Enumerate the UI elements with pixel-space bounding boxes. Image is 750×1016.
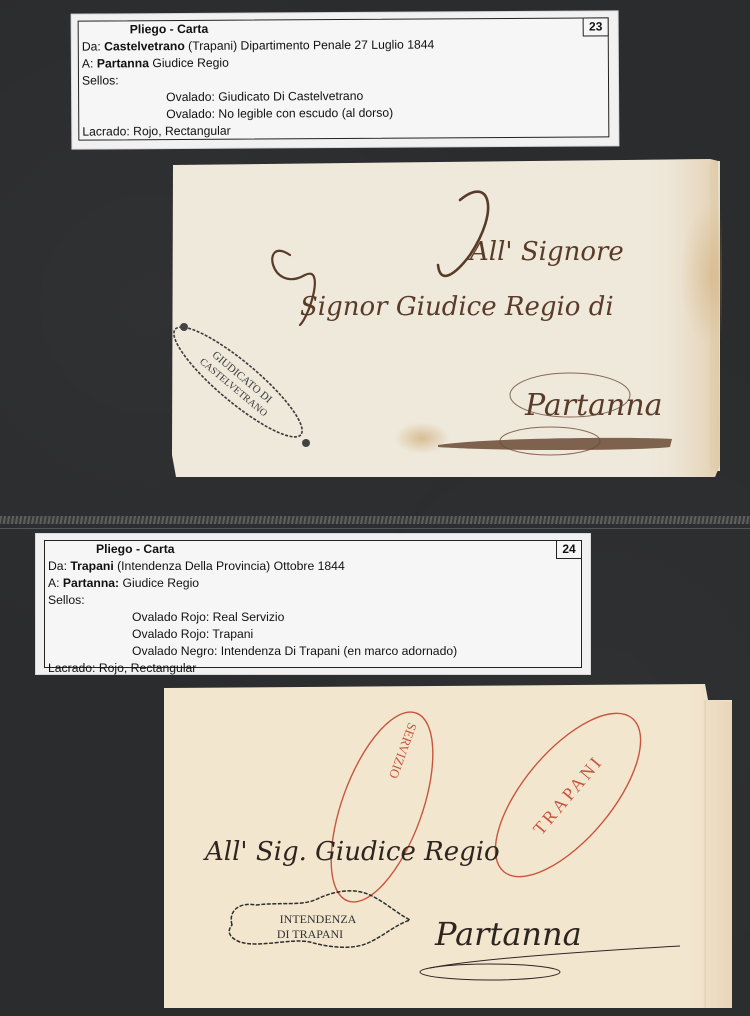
cover-24-image: SERVIZIO TRAPANI INTENDENZA DI TRAPANI A… xyxy=(160,680,735,1010)
seal-line: Lacrado: Rojo, Rectangular xyxy=(82,120,608,140)
seal-line: Lacrado: Rojo, Rectangular xyxy=(48,660,581,677)
address-line-1: All' Signore xyxy=(468,237,624,267)
address-line-3: Partanna xyxy=(524,388,663,423)
stamp-item: Ovalado Rojo: Trapani xyxy=(48,626,581,643)
album-page-divider-line xyxy=(0,528,750,529)
entry-number: 23 xyxy=(583,17,609,36)
stamps-heading: Sellos: xyxy=(48,592,581,609)
address-line-2: Partanna xyxy=(434,915,582,953)
cover-23-image: GIUDICATO DI CASTELVETRANO All' Signore … xyxy=(170,155,722,480)
svg-text:DI TRAPANI: DI TRAPANI xyxy=(277,927,343,941)
address-line-1: All' Sig. Giudice Regio xyxy=(203,837,500,867)
entry-title: Pliego - Carta xyxy=(48,541,581,558)
cover-23: GIUDICATO DI CASTELVETRANO All' Signore … xyxy=(170,155,722,480)
stamp-item: Ovalado Negro: Intendenza Di Trapani (en… xyxy=(48,643,581,660)
entry-number: 24 xyxy=(556,540,582,559)
from-line: Da: Trapani (Intendenza Della Provincia)… xyxy=(48,558,581,575)
description-label-24: 24 Pliego - Carta Da: Trapani (Intendenz… xyxy=(36,534,590,674)
address-line-2: Signor Giudice Regio di xyxy=(300,292,614,322)
cover-24: SERVIZIO TRAPANI INTENDENZA DI TRAPANI A… xyxy=(160,680,735,1010)
svg-text:INTENDENZA: INTENDENZA xyxy=(280,912,357,926)
stamp-item: Ovalado Rojo: Real Servizio xyxy=(48,609,581,626)
description-label-23: 23 Pliego - Carta Da: Castelvetrano (Tra… xyxy=(72,11,619,148)
to-line: A: Partanna: Giudice Regio xyxy=(48,575,581,592)
album-page-divider xyxy=(0,516,750,524)
